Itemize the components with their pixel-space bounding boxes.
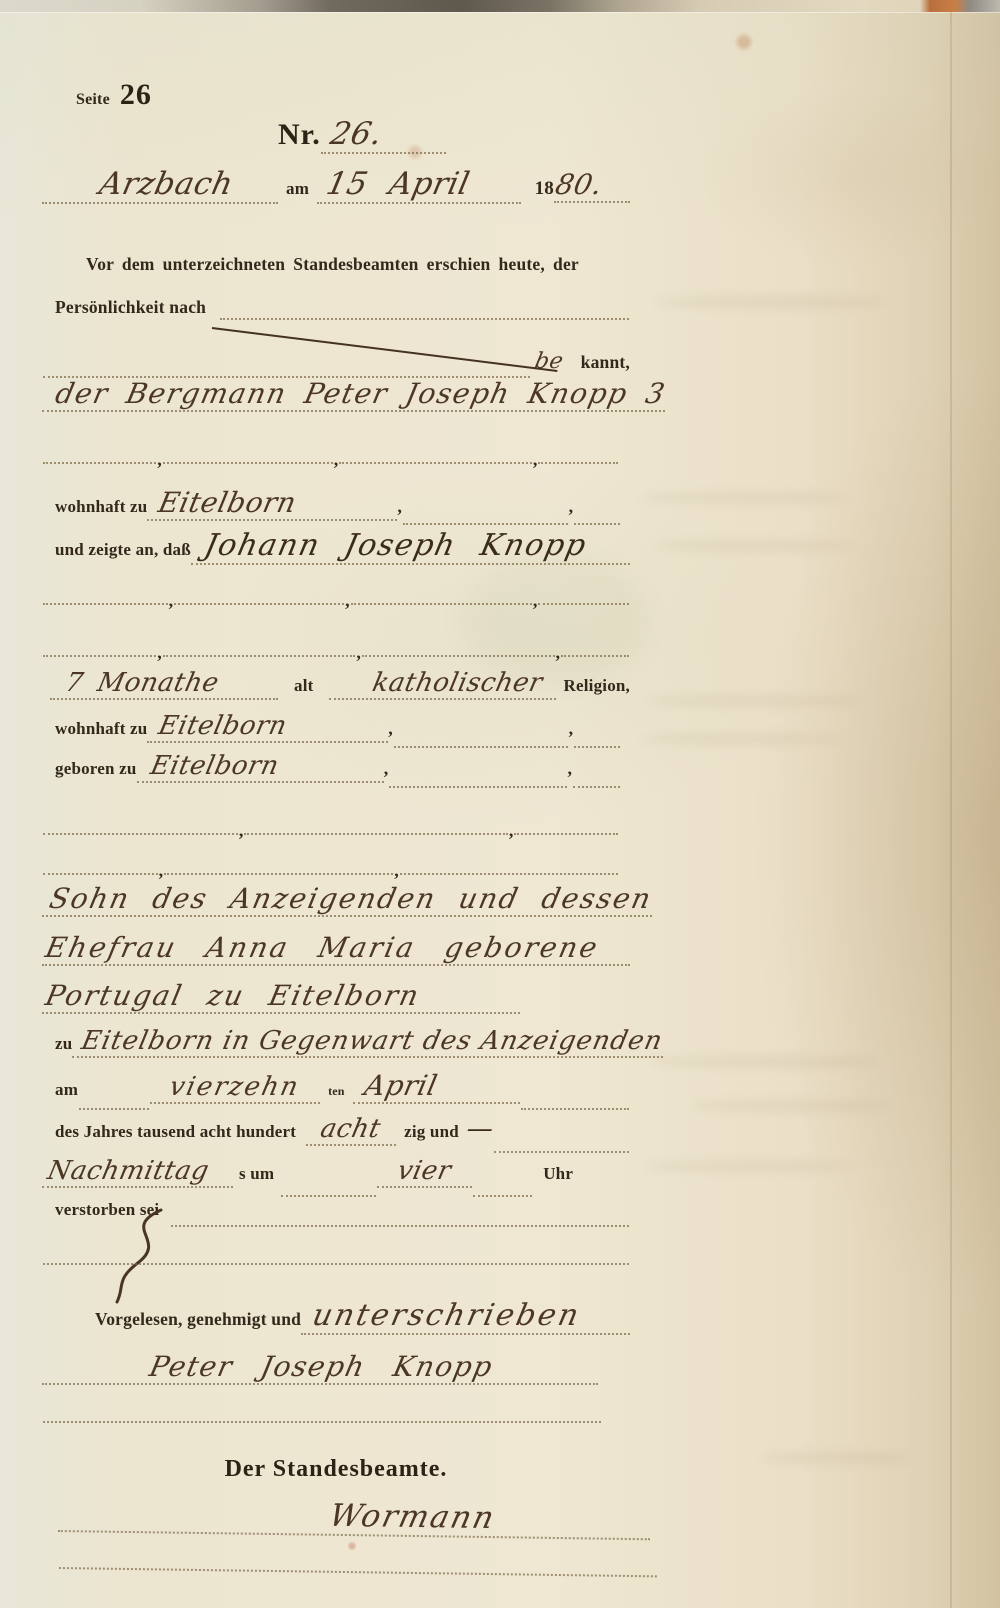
dotted-line <box>538 459 617 464</box>
dotted-line <box>163 459 333 464</box>
printed-comma: , <box>157 642 162 663</box>
page-corner: Seite 26 <box>76 78 152 112</box>
wohnhaft-label: wohnhaft zu <box>55 497 147 517</box>
death-place-row: zu Eitelborn in Gegenwart des Anzeigende… <box>55 1026 630 1070</box>
birthplace-row: geboren zu Eitelborn , , <box>55 751 630 791</box>
death-time-row: Nachmittag s um vier Uhr <box>42 1156 630 1200</box>
printed-comma: , <box>157 449 162 470</box>
report-row: und zeigte an, daß Johann Joseph Knopp <box>55 528 630 578</box>
religion-value: katholischer <box>370 668 546 698</box>
dotted-line <box>389 783 566 788</box>
dotted-line <box>43 652 156 657</box>
dotted-line <box>281 1192 376 1197</box>
place-name: Arzbach <box>96 166 236 202</box>
death-place-line: Eitelborn in Gegenwart des Anzeigenden <box>79 1026 666 1056</box>
bleedthrough-smudge <box>645 1160 855 1172</box>
blank-form-line: , , , <box>42 590 630 608</box>
bleedthrough-smudge <box>650 1055 880 1068</box>
am-label: am <box>55 1080 78 1100</box>
printed-comma: , <box>533 590 538 611</box>
death-day: vierzehn <box>167 1072 303 1102</box>
blank-form-line: , , <box>42 860 630 878</box>
dotted-line <box>573 783 620 788</box>
death-date-row: am vierzehn ten April <box>55 1069 630 1113</box>
declarant-line: der Bergmann Peter Joseph Knopp 3 <box>52 377 668 410</box>
year-century: 18 <box>535 178 554 200</box>
printed-comma: , <box>356 642 361 663</box>
declarant-row: der Bergmann Peter Joseph Knopp 3 <box>42 377 630 423</box>
page-number: 26 <box>120 78 152 112</box>
dotted-line <box>362 652 555 657</box>
dotted-line <box>220 315 629 320</box>
am-label: am <box>286 179 309 199</box>
seite-label: Seite <box>76 91 110 109</box>
parentage-line-1: Sohn des Anzeigenden und dessen <box>42 882 630 932</box>
parentage-line-3: Portugal zu Eitelborn <box>42 979 520 1029</box>
printed-comma: , <box>345 590 350 611</box>
bleedthrough-smudge <box>655 540 855 552</box>
printed-comma: , <box>239 820 244 841</box>
zeigte-label: und zeigte an, daß <box>55 540 191 560</box>
dotted-line <box>163 652 356 657</box>
parentage-text: Sohn des Anzeigenden und dessen <box>46 882 655 915</box>
bleedthrough-smudge <box>640 492 850 504</box>
printed-comma: , <box>569 718 574 739</box>
printed-comma: , <box>569 496 574 517</box>
dotted-line <box>574 520 620 525</box>
year-handwritten: 80. <box>552 168 605 201</box>
persoenlichkeit-label: Persönlichkeit nach <box>55 297 206 318</box>
printed-comma: , <box>394 860 399 881</box>
intro-text: Vor dem unterzeichneten Standesbeamten e… <box>86 254 579 275</box>
dotted-line <box>394 743 568 748</box>
printed-comma: , <box>384 758 389 779</box>
record-number-value: 26. <box>327 116 385 152</box>
bleedthrough-smudge <box>760 1452 910 1464</box>
registrar-signature: Wormann <box>326 1498 499 1536</box>
bleedthrough-smudge <box>655 295 885 309</box>
printed-comma: , <box>397 496 402 517</box>
ten-label: ten <box>328 1084 345 1099</box>
year-label: des Jahres tausend acht hundert <box>55 1122 296 1142</box>
age-row: 7 Monathe alt katholischer Religion, <box>50 668 630 712</box>
blank-form-line: , , , <box>42 449 630 467</box>
bleedthrough-smudge <box>690 1100 890 1112</box>
blank-form-line <box>42 1410 602 1426</box>
dotted-line <box>171 1222 629 1227</box>
intro-line-2: Persönlichkeit nach <box>55 297 630 323</box>
registrar-label: Der Standesbeamte. <box>225 1456 448 1483</box>
bleedthrough-smudge <box>640 733 840 745</box>
dotted-line <box>43 1418 601 1423</box>
date-day-month: 15 April <box>323 166 473 202</box>
blank-form-line: , , , <box>42 642 630 660</box>
blank-form-line: , , <box>42 820 630 838</box>
residence2-row: wohnhaft zu Eitelborn , , <box>55 711 630 751</box>
hour-value: vier <box>395 1156 454 1186</box>
residence2-value: Eitelborn <box>156 711 290 741</box>
dotted-line <box>521 1105 629 1110</box>
dotted-line <box>494 1148 629 1153</box>
printed-comma: , <box>334 449 339 470</box>
blank-form-line <box>58 1556 658 1580</box>
intro-line-1: Vor dem unterzeichneten Standesbeamten e… <box>86 254 631 275</box>
dotted-line <box>339 459 532 464</box>
book-top-edge <box>0 0 1000 12</box>
closing-printed: Vorgelesen, genehmigt und <box>95 1309 301 1330</box>
s-um-label: s um <box>239 1164 274 1184</box>
printed-comma: , <box>568 758 573 779</box>
age-value: 7 Monathe <box>63 668 222 698</box>
religion-label: Religion, <box>564 676 631 696</box>
declarant-signature: Peter Joseph Knopp <box>146 1350 496 1383</box>
dotted-line <box>351 600 532 605</box>
death-year-row: des Jahres tausend acht hundert acht zig… <box>55 1114 630 1156</box>
declarant-signature-row: Peter Joseph Knopp <box>42 1350 598 1398</box>
dotted-line <box>244 830 508 835</box>
dotted-line <box>473 1192 532 1197</box>
printed-comma: , <box>533 449 538 470</box>
dotted-line <box>43 459 156 464</box>
dotted-line <box>43 870 158 875</box>
dotted-line <box>514 830 617 835</box>
time-of-day: Nachmittag <box>45 1156 212 1186</box>
dotted-line <box>174 600 344 605</box>
nr-label: Nr. <box>278 118 321 152</box>
uhr-label: Uhr <box>543 1164 573 1184</box>
dotted-line <box>79 1105 149 1110</box>
page-edge-line <box>950 12 952 1608</box>
year-dash: — <box>464 1114 497 1144</box>
parentage-text: Ehefrau Anna Maria geborene <box>42 931 602 964</box>
birthplace-value: Eitelborn <box>147 751 281 781</box>
printed-comma: , <box>388 718 393 739</box>
deceased-name: Johann Joseph Knopp <box>201 528 590 563</box>
dateline-row: Arzbach am 15 April 18 80. <box>42 166 630 214</box>
residence-value: Eitelborn <box>156 486 300 519</box>
closing-row: Vorgelesen, genehmigt und unterschrieben <box>95 1298 630 1348</box>
zu-label: zu <box>55 1034 72 1054</box>
dotted-line <box>403 520 568 525</box>
record-number-row: Nr. 26. <box>278 116 446 154</box>
dotted-line <box>43 600 168 605</box>
registrar-title-row: Der Standesbeamte. <box>42 1456 630 1483</box>
dotted-line <box>59 1564 657 1577</box>
bleedthrough-smudge <box>645 695 860 707</box>
printed-comma: , <box>556 642 561 663</box>
closing-hand: unterschrieben <box>309 1298 584 1333</box>
printed-comma: , <box>169 590 174 611</box>
geboren-label: geboren zu <box>55 759 137 779</box>
blank-form-line <box>42 1252 630 1268</box>
wohnhaft-label: wohnhaft zu <box>55 719 147 739</box>
zig-label: zig und <box>404 1122 459 1142</box>
dotted-line <box>400 870 618 875</box>
known-print: kannt, <box>581 352 630 373</box>
scanned-register-page: Seite 26 Nr. 26. Arzbach am 15 April 18 … <box>0 0 1000 1608</box>
printed-comma: , <box>509 820 514 841</box>
residence-row: wohnhaft zu Eitelborn , , <box>55 486 630 528</box>
year-decade: acht <box>318 1114 384 1144</box>
dotted-line <box>164 870 393 875</box>
dotted-line <box>574 743 620 748</box>
dotted-line <box>561 652 629 657</box>
parentage-line-2: Ehefrau Anna Maria geborene <box>42 931 630 981</box>
printed-comma: , <box>159 860 164 881</box>
death-month: April <box>361 1069 440 1102</box>
dotted-line <box>43 830 238 835</box>
alt-label: alt <box>294 676 313 696</box>
dotted-line <box>43 1260 629 1265</box>
registrar-signature-row: Wormann <box>58 1494 651 1552</box>
parentage-text: Portugal zu Eitelborn <box>42 979 423 1012</box>
dotted-line <box>538 600 629 605</box>
